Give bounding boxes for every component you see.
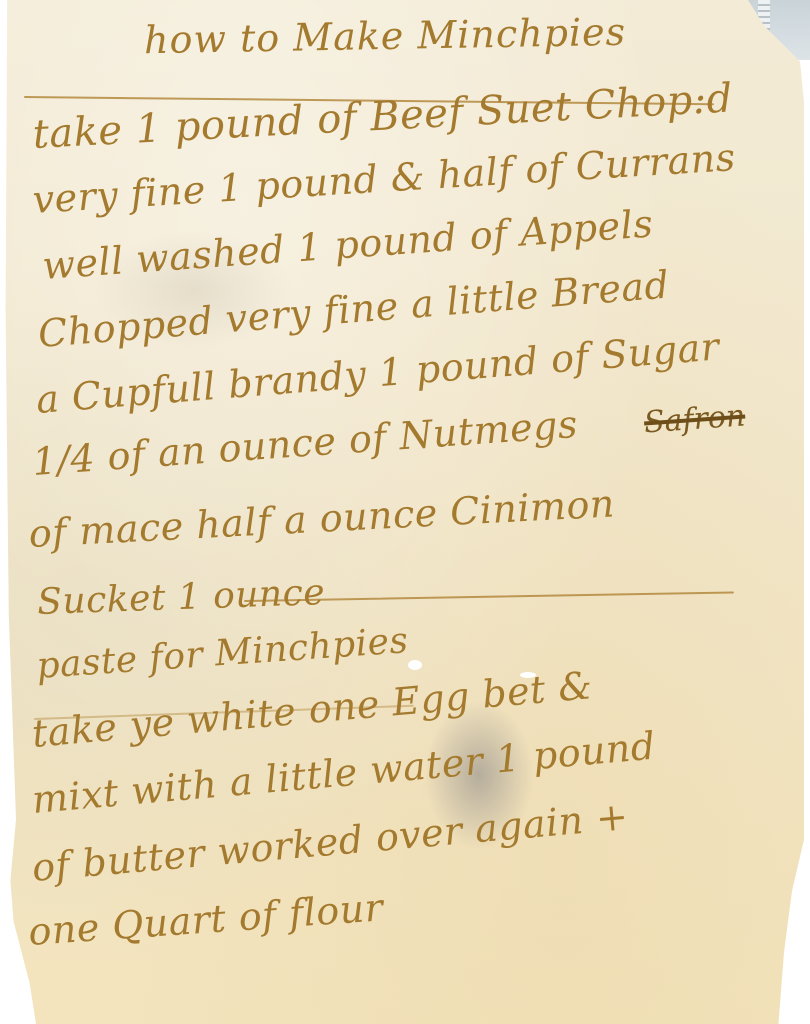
recipe-title: how to Make Minchpies (144, 10, 627, 62)
filling-line-7: of mace half a ounce Cinimon (28, 481, 616, 556)
paper-sheet: how to Make Minchpies take 1 pound of Be… (4, 0, 804, 1024)
struck-out-word: Safron (643, 399, 746, 441)
paper-hole (408, 660, 422, 670)
paste-line-4: one Quart of flour (27, 885, 385, 954)
paste-heading: paste for Minchpies (35, 620, 410, 687)
manuscript-scan: how to Make Minchpies take 1 pound of Be… (0, 0, 810, 1024)
filling-line-8: Sucket 1 ounce (37, 572, 326, 623)
